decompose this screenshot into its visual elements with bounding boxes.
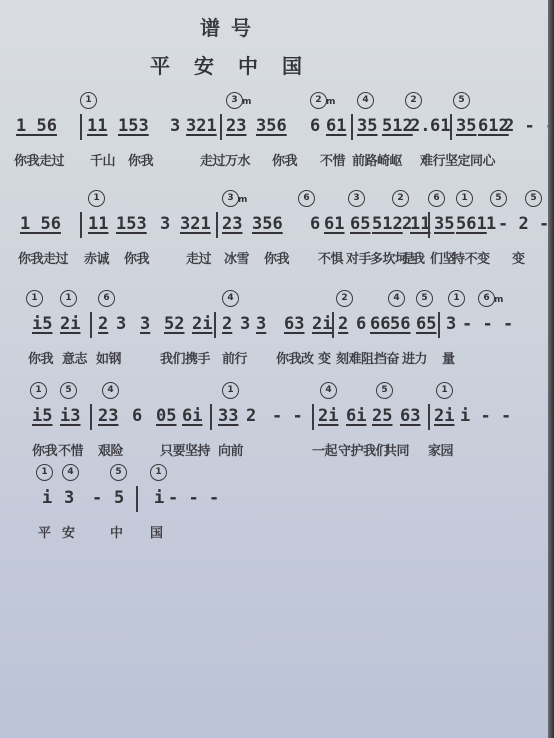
lyric-word: 量: [442, 348, 455, 367]
lyric-word: 不惧: [318, 248, 343, 267]
lyric-word: 中: [110, 522, 123, 541]
note-group: 11: [88, 214, 108, 234]
circled-marker: 6: [428, 190, 445, 207]
note-group: 25: [372, 406, 392, 426]
note-group: 61: [326, 116, 346, 136]
circled-marker: 6m: [478, 290, 495, 307]
note-group: 321: [180, 214, 211, 234]
note-group: i5: [32, 406, 52, 426]
note-group: 11: [87, 116, 107, 136]
lyric-word: 一起: [312, 440, 337, 459]
note-group: 6: [310, 116, 320, 136]
note-group: 61: [324, 214, 344, 234]
note-group: 35: [456, 116, 476, 136]
note-group: 6: [310, 214, 320, 234]
bar-line: [136, 486, 138, 512]
note-group: 3: [446, 314, 456, 334]
lyric-word: 对手: [346, 248, 371, 267]
lyric-word: 变: [512, 248, 525, 267]
bar-line: [210, 404, 212, 430]
lyric-word: 你我走过: [14, 150, 64, 169]
circled-marker: 3m: [226, 92, 243, 109]
lyric-word: 不惜: [58, 440, 83, 459]
circled-marker: 6: [298, 190, 315, 207]
circled-marker: 2: [405, 92, 422, 109]
note-group: i - -: [460, 406, 511, 426]
bar-line: [438, 312, 440, 338]
note-group: 2i: [434, 406, 454, 426]
chord-markers: 1541451: [0, 382, 548, 404]
note-group: 66: [370, 314, 390, 334]
note-group: 2.: [410, 116, 430, 136]
circled-marker: 5: [525, 190, 542, 207]
circled-marker: 5: [110, 464, 127, 481]
lyrics-row: 你我走过千山你我走过万水你我不惜前路崎岖难行坚定同心: [0, 150, 548, 172]
lyric-word: 走过: [186, 248, 211, 267]
lyric-word: 进力: [402, 348, 427, 367]
note-group: 35: [434, 214, 454, 234]
chord-markers: 1451: [0, 464, 548, 486]
lyric-word: 你我: [124, 248, 149, 267]
lyric-word: 家园: [428, 440, 453, 459]
circled-marker: 1: [30, 382, 47, 399]
photo-edge: [548, 0, 554, 738]
note-group: 153: [116, 214, 147, 234]
bar-line: [450, 114, 452, 140]
note-row: 1 5611153332123356661355122.61356122 - -: [0, 116, 548, 144]
note-group: 153: [118, 116, 149, 136]
note-group: 512: [372, 214, 403, 234]
lyric-word: 你我: [28, 348, 53, 367]
note-group: 1 56: [16, 116, 57, 136]
circled-marker: 3: [348, 190, 365, 207]
note-group: 2i: [192, 314, 212, 334]
note-group: 35: [357, 116, 377, 136]
note-group: 63: [284, 314, 304, 334]
circled-marker: 1: [88, 190, 105, 207]
lyric-word: 共同: [384, 440, 409, 459]
lyric-word: 前行: [222, 348, 247, 367]
note-group: 2 - -: [504, 116, 554, 136]
lyric-word: 平: [38, 522, 51, 541]
lyric-word: 走过万水: [200, 150, 250, 169]
circled-marker: 1: [60, 290, 77, 307]
note-row: i5i3236056i332- -2i6i25632ii - -: [0, 406, 548, 434]
lyrics-row: 你我走过赤诚你我走过冰雪你我不惧对手多坎坷是我们坚持不变变: [0, 248, 548, 270]
note-group: 23: [226, 116, 246, 136]
note-group: 3: [256, 314, 266, 334]
circled-marker: 5: [453, 92, 470, 109]
chord-markers: 13m2m425: [0, 92, 548, 114]
circled-marker: 1: [80, 92, 97, 109]
marker-suffix: m: [242, 95, 251, 110]
circled-marker: 4: [388, 290, 405, 307]
circled-marker: 4: [320, 382, 337, 399]
note-group: 512: [382, 116, 413, 136]
bar-line: [428, 212, 430, 238]
lyric-word: 冰雪: [224, 248, 249, 267]
note-group: 561: [456, 214, 487, 234]
bar-line: [214, 312, 216, 338]
note-group: 3: [116, 314, 126, 334]
note-group: - 2 -: [498, 214, 549, 234]
note-group: 6: [356, 314, 366, 334]
chord-markers: 13m6326155: [0, 190, 548, 212]
circled-marker: 2: [392, 190, 409, 207]
note-group: 2: [338, 314, 348, 334]
bar-line: [332, 312, 334, 338]
note-group: 6: [132, 406, 142, 426]
note-group: 5: [114, 488, 124, 508]
lyric-word: 如钢: [96, 348, 121, 367]
lyric-word: 国: [150, 522, 163, 541]
song-title: 平安中国: [150, 50, 326, 79]
note-group: - - -: [462, 314, 513, 334]
lyric-word: 赤诚: [84, 248, 109, 267]
note-group: 33: [218, 406, 238, 426]
lyrics-row: 你我意志如钢我们携手前行你我改变刻难阻挡奋进力量: [0, 348, 548, 370]
note-group: 2i: [60, 314, 80, 334]
note-group: 65: [350, 214, 370, 234]
lyric-word: 向前: [218, 440, 243, 459]
note-row: i3-5i- - -: [0, 488, 548, 516]
circled-marker: 1: [26, 290, 43, 307]
bar-line: [80, 114, 82, 140]
note-group: i5: [32, 314, 52, 334]
bar-line: [220, 114, 222, 140]
circled-marker: 6: [98, 290, 115, 307]
lyric-word: 刻难阻: [336, 348, 374, 367]
note-group: 05: [156, 406, 176, 426]
circled-marker: 4: [102, 382, 119, 399]
circled-marker: 1: [436, 382, 453, 399]
note-group: 3: [160, 214, 170, 234]
circled-marker: 1: [456, 190, 473, 207]
bar-line: [90, 404, 92, 430]
bar-line: [351, 114, 353, 140]
note-group: 2: [222, 314, 232, 334]
lyric-word: 安: [62, 522, 75, 541]
note-group: - - -: [168, 488, 219, 508]
circled-marker: 1: [150, 464, 167, 481]
lyric-word: 挡奋: [374, 348, 399, 367]
circled-marker: 1: [36, 464, 53, 481]
note-group: 2: [98, 314, 108, 334]
note-group: 1: [486, 214, 496, 234]
lyric-word: 你我: [32, 440, 57, 459]
circled-marker: 2m: [310, 92, 327, 109]
lyrics-row: 你我不惜艰险只要坚持向前一起守护我们共同家园: [0, 440, 548, 462]
lyric-word: 千山: [90, 150, 115, 169]
note-group: 6i: [182, 406, 202, 426]
note-group: i: [154, 488, 164, 508]
circled-marker: 5: [490, 190, 507, 207]
circled-marker: 5: [60, 382, 77, 399]
lyric-word: 只要坚持: [160, 440, 210, 459]
note-group: 23: [98, 406, 118, 426]
lyric-word: 前路崎岖: [352, 150, 402, 169]
lyric-word: 我: [412, 248, 425, 267]
lyric-word: 不惜: [320, 150, 345, 169]
note-group: i: [42, 488, 52, 508]
note-row: 1 561115333212335666165512211355611- 2 -: [0, 214, 548, 242]
notation-label: 谱 号: [200, 12, 253, 41]
lyric-word: 我们携手: [160, 348, 210, 367]
circled-marker: 5: [416, 290, 433, 307]
note-group: 356: [256, 116, 287, 136]
circled-marker: 5: [376, 382, 393, 399]
note-group: -: [92, 488, 102, 508]
bar-line: [428, 404, 430, 430]
note-row: i52i233522i233632i266656653- - -: [0, 314, 548, 342]
circled-marker: 4: [222, 290, 239, 307]
lyric-word: 你我: [128, 150, 153, 169]
marker-suffix: m: [326, 95, 335, 110]
note-group: 2: [246, 406, 256, 426]
note-group: 356: [252, 214, 283, 234]
lyric-word: 守护我们: [338, 440, 388, 459]
chord-markers: 116424516m: [0, 290, 548, 312]
bar-line: [80, 212, 82, 238]
note-group: 65: [416, 314, 436, 334]
note-group: 3: [140, 314, 150, 334]
note-group: 6i: [346, 406, 366, 426]
note-group: 63: [400, 406, 420, 426]
circled-marker: 4: [357, 92, 374, 109]
circled-marker: 1: [448, 290, 465, 307]
marker-suffix: m: [238, 193, 247, 208]
note-group: 1 56: [20, 214, 61, 234]
marker-suffix: m: [494, 293, 503, 308]
lyric-word: 你我: [264, 248, 289, 267]
lyric-word: 你我走过: [18, 248, 68, 267]
note-group: 2i: [318, 406, 338, 426]
lyric-word: 你我改: [276, 348, 314, 367]
bar-line: [312, 404, 314, 430]
lyric-word: 难行坚定同心: [420, 150, 495, 169]
bar-line: [216, 212, 218, 238]
note-group: 321: [186, 116, 217, 136]
lyric-word: 艰险: [98, 440, 123, 459]
lyric-word: 变: [318, 348, 331, 367]
lyric-word: 你我: [272, 150, 297, 169]
note-group: 52: [164, 314, 184, 334]
note-group: - -: [272, 406, 303, 426]
circled-marker: 1: [222, 382, 239, 399]
note-group: 23: [222, 214, 242, 234]
circled-marker: 4: [62, 464, 79, 481]
note-group: 3: [64, 488, 74, 508]
note-group: 2i: [312, 314, 332, 334]
note-group: 3: [170, 116, 180, 136]
lyric-word: 意志: [62, 348, 87, 367]
circled-marker: 3m: [222, 190, 239, 207]
note-group: 56: [390, 314, 410, 334]
paper-sheet: 谱 号 平安中国 13m2m4251 561115333212335666135…: [0, 0, 548, 738]
note-group: 3: [240, 314, 250, 334]
circled-marker: 2: [336, 290, 353, 307]
bar-line: [90, 312, 92, 338]
lyrics-row: 平安中国: [0, 522, 548, 544]
lyric-word: 持不变: [452, 248, 490, 267]
note-group: 61: [430, 116, 450, 136]
note-group: i3: [60, 406, 80, 426]
